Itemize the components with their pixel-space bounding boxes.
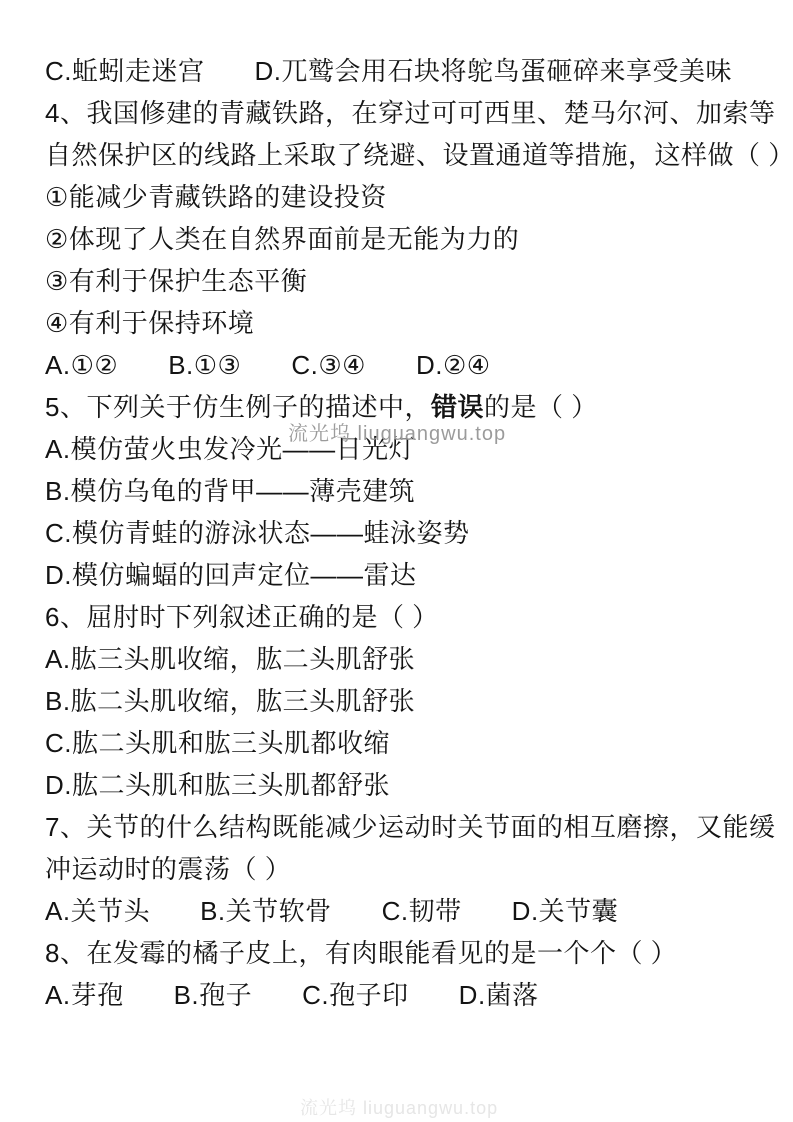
document-line: B.肱二头肌收缩，肱三头肌舒张 — [45, 680, 783, 722]
text-segment: A.肱三头肌收缩，肱二头肌舒张 — [45, 644, 415, 674]
text-segment: ④有利于保持环境 — [45, 308, 254, 338]
document-line: 7、关节的什么结构既能减少运动时关节面的相互磨擦，又能缓 — [45, 806, 783, 848]
text-segment: 错误 — [431, 392, 484, 422]
text-segment: 冲运动时的震荡（ ） — [45, 854, 291, 884]
option-item: D.②④ — [416, 344, 491, 386]
document-line: ③有利于保护生态平衡 — [45, 260, 783, 302]
text-segment: A.模仿萤火虫发冷光——日光灯 — [45, 434, 415, 464]
document-line: 冲运动时的震荡（ ） — [45, 848, 783, 890]
document-line: 5、下列关于仿生例子的描述中，错误的是（ ） — [45, 386, 783, 428]
text-segment: ③有利于保护生态平衡 — [45, 266, 307, 296]
document-line: C.模仿青蛙的游泳状态——蛙泳姿势 — [45, 512, 783, 554]
option-item: D.菌落 — [459, 974, 539, 1016]
document-line: 自然保护区的线路上采取了绕避、设置通道等措施，这样做（ ） — [45, 134, 783, 176]
text-segment: C.模仿青蛙的游泳状态——蛙泳姿势 — [45, 518, 470, 548]
option-item: C.孢子印 — [302, 974, 409, 1016]
document-line: ④有利于保持环境 — [45, 302, 783, 344]
document-line: ②体现了人类在自然界面前是无能为力的 — [45, 218, 783, 260]
watermark-bottom: 流光坞 liuguangwu.top — [300, 1094, 498, 1120]
text-segment: ①能减少青藏铁路的建设投资 — [45, 182, 387, 212]
option-item: C.③④ — [291, 344, 366, 386]
document-line: A.肱三头肌收缩，肱二头肌舒张 — [45, 638, 783, 680]
document-line: ①能减少青藏铁路的建设投资 — [45, 176, 783, 218]
option-item: B.①③ — [168, 344, 241, 386]
option-item: B.孢子 — [174, 974, 253, 1016]
text-segment: ②体现了人类在自然界面前是无能为力的 — [45, 224, 519, 254]
text-segment: B.肱二头肌收缩，肱三头肌舒张 — [45, 686, 415, 716]
text-segment: 自然保护区的线路上采取了绕避、设置通道等措施，这样做（ ） — [45, 140, 793, 170]
document-line: D.模仿蝙蝠的回声定位——雷达 — [45, 554, 783, 596]
text-segment: 8、在发霉的橘子皮上，有肉眼能看见的是一个个（ ） — [45, 938, 677, 968]
text-segment: 4、我国修建的青藏铁路，在穿过可可西里、楚马尔河、加索等 — [45, 98, 775, 128]
options-row: A.芽孢B.孢子C.孢子印D.菌落 — [45, 974, 783, 1016]
option-item: C.蚯蚓走迷宫 — [45, 50, 205, 92]
options-row: A.关节头B.关节软骨C.韧带D.关节囊 — [45, 890, 783, 932]
document-line: C.肱二头肌和肱三头肌都收缩 — [45, 722, 783, 764]
text-segment: C.肱二头肌和肱三头肌都收缩 — [45, 728, 390, 758]
document-line: B.模仿乌龟的背甲——薄壳建筑 — [45, 470, 783, 512]
document-content: C.蚯蚓走迷宫D.兀鹫会用石块将鸵鸟蛋砸碎来享受美味4、我国修建的青藏铁路，在穿… — [45, 50, 783, 1016]
document-line: D.肱二头肌和肱三头肌都舒张 — [45, 764, 783, 806]
option-item: A.关节头 — [45, 890, 150, 932]
options-row: C.蚯蚓走迷宫D.兀鹫会用石块将鸵鸟蛋砸碎来享受美味 — [45, 50, 783, 92]
option-item: A.芽孢 — [45, 974, 124, 1016]
option-item: D.关节囊 — [512, 890, 619, 932]
document-line: 6、屈肘时下列叙述正确的是（ ） — [45, 596, 783, 638]
option-item: D.兀鹫会用石块将鸵鸟蛋砸碎来享受美味 — [255, 50, 733, 92]
text-segment: D.模仿蝙蝠的回声定位——雷达 — [45, 560, 417, 590]
document-line: 4、我国修建的青藏铁路，在穿过可可西里、楚马尔河、加索等 — [45, 92, 783, 134]
text-segment: B.模仿乌龟的背甲——薄壳建筑 — [45, 476, 415, 506]
option-item: C.韧带 — [382, 890, 462, 932]
document-page: C.蚯蚓走迷宫D.兀鹫会用石块将鸵鸟蛋砸碎来享受美味4、我国修建的青藏铁路，在穿… — [0, 0, 793, 1122]
option-item: A.①② — [45, 344, 118, 386]
options-row: A.①②B.①③C.③④D.②④ — [45, 344, 783, 386]
option-item: B.关节软骨 — [200, 890, 332, 932]
text-segment: 7、关节的什么结构既能减少运动时关节面的相互磨擦，又能缓 — [45, 812, 775, 842]
text-segment: 的是（ ） — [484, 392, 598, 422]
document-line: 8、在发霉的橘子皮上，有肉眼能看见的是一个个（ ） — [45, 932, 783, 974]
document-line: A.模仿萤火虫发冷光——日光灯 — [45, 428, 783, 470]
text-segment: 5、下列关于仿生例子的描述中， — [45, 392, 431, 422]
text-segment: 6、屈肘时下列叙述正确的是（ ） — [45, 602, 439, 632]
text-segment: D.肱二头肌和肱三头肌都舒张 — [45, 770, 390, 800]
